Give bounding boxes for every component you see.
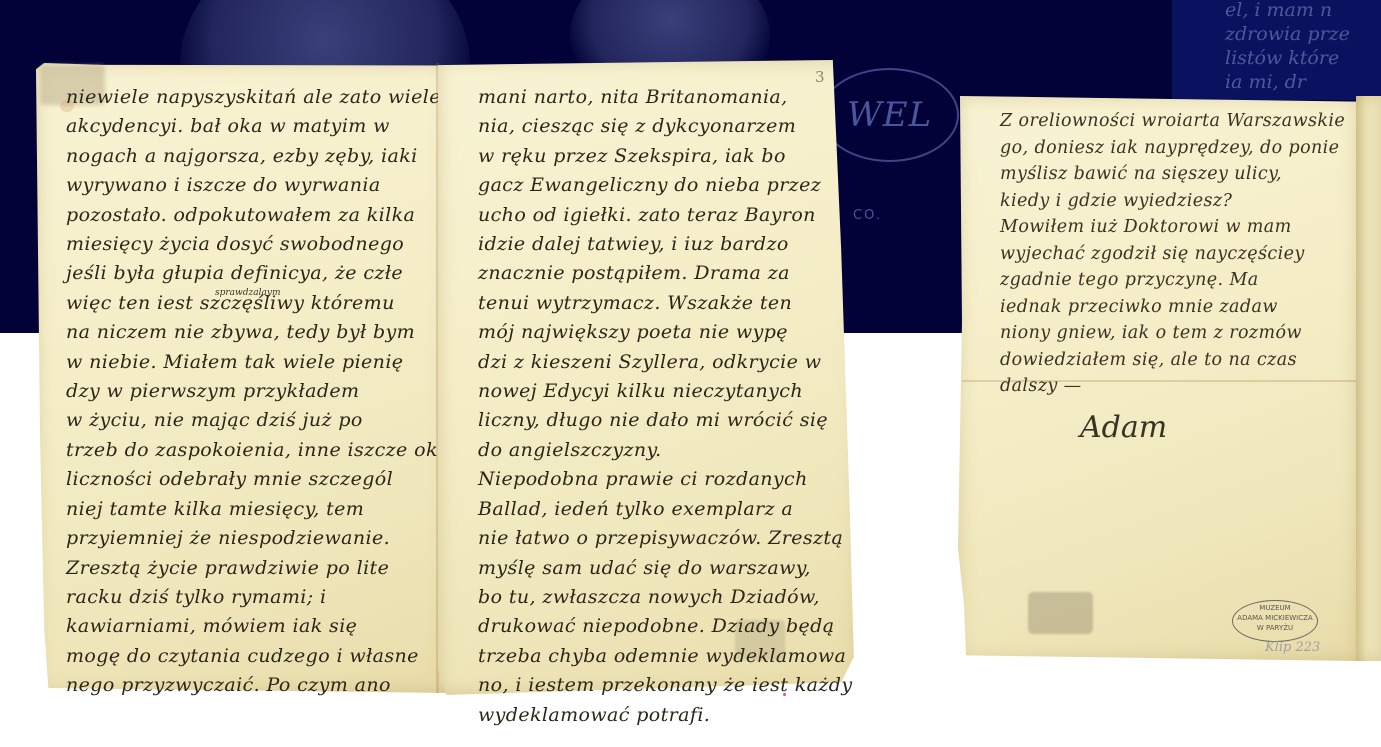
gray-smudge: [1028, 592, 1093, 634]
pink-dot: [783, 693, 786, 696]
embossed-stamp-text: WEL: [847, 95, 932, 135]
signature: Adam: [1080, 410, 1167, 445]
manuscript-page-edge: [1356, 96, 1381, 661]
museum-stamp: MUZEUM ADAMA MICKIEWICZA W PARYŻU: [1232, 600, 1318, 642]
left-page-text: niewiele napyszyskitań ale zato wiele ak…: [66, 83, 450, 701]
interlinear-note: sprawdzalaym: [215, 288, 280, 298]
archive-reference: Klip 223: [1265, 640, 1320, 655]
company-text: CO.: [853, 208, 882, 223]
museum-stamp-line2: ADAMA MICKIEWICZA: [1233, 613, 1317, 623]
right-page-text: Z oreliowności wroiarta Warszawskie go, …: [1000, 108, 1345, 400]
museum-stamp-line1: MUZEUM: [1233, 603, 1317, 613]
museum-stamp-line3: W PARYŻU: [1233, 623, 1317, 633]
middle-page-text: mani narto, nita Britanomania, nia, cies…: [478, 83, 853, 730]
faint-background-writing: el, i mam n zdrowia prze listów które ia…: [1225, 0, 1381, 94]
